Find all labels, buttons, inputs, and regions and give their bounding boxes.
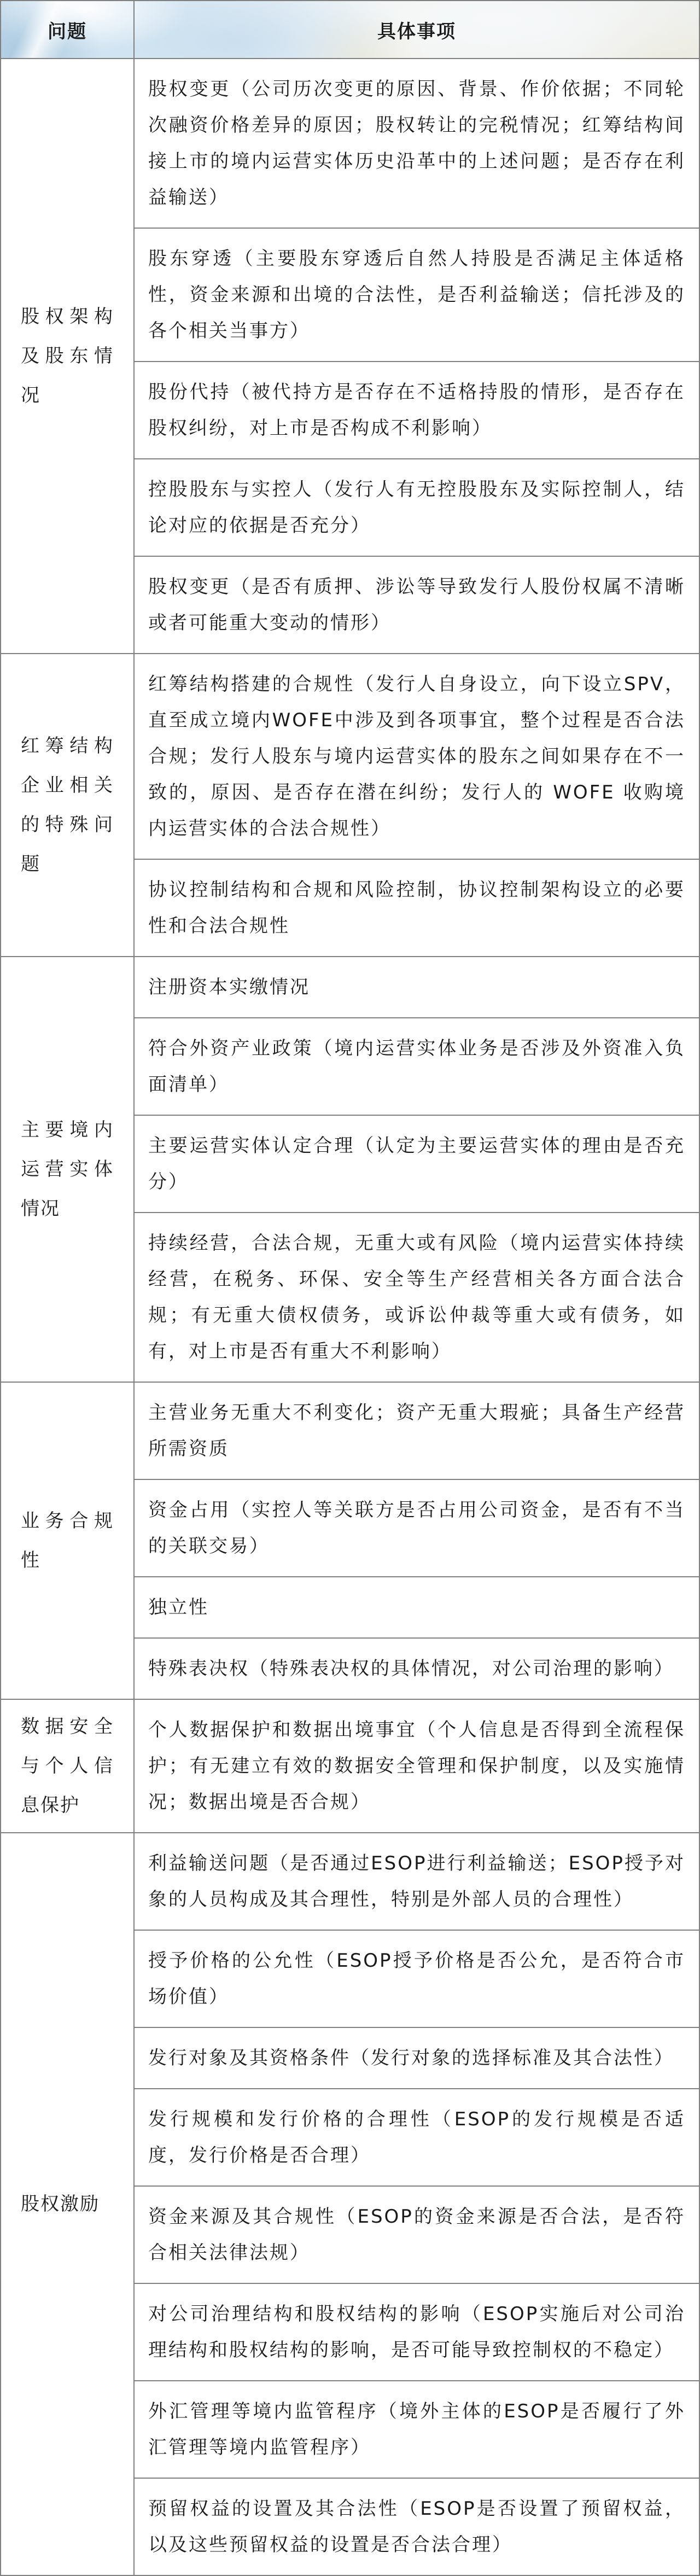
detail-cell: 利益输送问题（是否通过ESOP进行利益输送；ESOP授予对象的人员构成及其合理性… (134, 1833, 699, 1930)
detail-cell: 预留权益的设置及其合法性（ESOP是否设置了预留权益，以及这些预留权益的设置是否… (134, 2478, 699, 2575)
detail-cell: 持续经营，合法合规，无重大或有风险（境内运营实体持续经营，在税务、环保、安全等生… (134, 1213, 699, 1382)
table-header: 问题 具体事项 (1, 1, 699, 59)
table-row: 红筹结构企业相关的特殊问题红筹结构搭建的合规性（发行人自身设立，向下设立SPV，… (1, 654, 699, 859)
detail-cell: 资金来源及其合规性（ESOP的资金来源是否合法，是否符合相关法律法规） (134, 2186, 699, 2283)
table-row: 主要境内运营实体情况注册资本实缴情况 (1, 957, 699, 1018)
section-label: 数据安全与个人信息保护 (1, 1699, 134, 1833)
detail-cell: 对公司治理结构和股权结构的影响（ESOP实施后对公司治理结构和股权结构的影响，是… (134, 2283, 699, 2381)
table-body: 股权架构及股东情况股权变更（公司历次变更的原因、背景、作价依据；不同轮次融资价格… (1, 59, 699, 2575)
table-row: 业务合规性主营业务无重大不利变化；资产无重大瑕疵；具备生产经营所需资质 (1, 1382, 699, 1479)
due-diligence-checklist-page: 问题 具体事项 股权架构及股东情况股权变更（公司历次变更的原因、背景、作价依据；… (0, 0, 700, 2576)
header-cell-specific-matters: 具体事项 (134, 1, 699, 59)
detail-cell: 主要运营实体认定合理（认定为主要运营实体的理由是否充分） (134, 1115, 699, 1213)
detail-cell: 红筹结构搭建的合规性（发行人自身设立，向下设立SPV，直至成立境内WOFE中涉及… (134, 654, 699, 859)
header-cell-question: 问题 (1, 1, 134, 59)
detail-cell: 授予价格的公允性（ESOP授予价格是否公允，是否符合市场价值） (134, 1930, 699, 2027)
detail-cell: 协议控制结构和合规和风险控制，协议控制架构设立的必要性和合法合规性 (134, 859, 699, 957)
detail-cell: 独立性 (134, 1577, 699, 1638)
due-diligence-table: 问题 具体事项 股权架构及股东情况股权变更（公司历次变更的原因、背景、作价依据；… (0, 0, 700, 2576)
detail-cell: 特殊表决权（特殊表决权的具体情况，对公司治理的影响） (134, 1638, 699, 1699)
detail-cell: 股份代持（被代持方是否存在不适格持股的情形，是否存在股权纠纷，对上市是否构成不利… (134, 362, 699, 459)
section-label: 主要境内运营实体情况 (1, 957, 134, 1382)
detail-cell: 注册资本实缴情况 (134, 957, 699, 1018)
detail-cell: 发行规模和发行价格的合理性（ESOP的发行规模是否适度，发行价格是否合理） (134, 2089, 699, 2186)
section-label: 业务合规性 (1, 1382, 134, 1699)
detail-cell: 资金占用（实控人等关联方是否占用公司资金，是否有不当的关联交易） (134, 1479, 699, 1577)
detail-cell: 个人数据保护和数据出境事宜（个人信息是否得到全流程保护；有无建立有效的数据安全管… (134, 1699, 699, 1833)
table-row: 数据安全与个人信息保护个人数据保护和数据出境事宜（个人信息是否得到全流程保护；有… (1, 1699, 699, 1833)
section-label: 红筹结构企业相关的特殊问题 (1, 654, 134, 957)
header-row: 问题 具体事项 (1, 1, 699, 59)
table-row: 股权架构及股东情况股权变更（公司历次变更的原因、背景、作价依据；不同轮次融资价格… (1, 59, 699, 228)
detail-cell: 股权变更（公司历次变更的原因、背景、作价依据；不同轮次融资价格差异的原因；股权转… (134, 59, 699, 228)
detail-cell: 股东穿透（主要股东穿透后自然人持股是否满足主体适格性，资金来源和出境的合法性，是… (134, 228, 699, 362)
detail-cell: 符合外资产业政策（境内运营实体业务是否涉及外资准入负面清单） (134, 1018, 699, 1115)
detail-cell: 主营业务无重大不利变化；资产无重大瑕疵；具备生产经营所需资质 (134, 1382, 699, 1479)
detail-cell: 外汇管理等境内监管程序（境外主体的ESOP是否履行了外汇管理等境内监管程序） (134, 2381, 699, 2478)
section-label: 股权激励 (1, 1833, 134, 2575)
detail-cell: 发行对象及其资格条件（发行对象的选择标准及其合法性） (134, 2027, 699, 2089)
section-label: 股权架构及股东情况 (1, 59, 134, 654)
table-row: 股权激励利益输送问题（是否通过ESOP进行利益输送；ESOP授予对象的人员构成及… (1, 1833, 699, 1930)
detail-cell: 控股股东与实控人（发行人有无控股股东及实际控制人，结论对应的依据是否充分） (134, 459, 699, 556)
detail-cell: 股权变更（是否有质押、涉讼等导致发行人股份权属不清晰或者可能重大变动的情形） (134, 556, 699, 654)
